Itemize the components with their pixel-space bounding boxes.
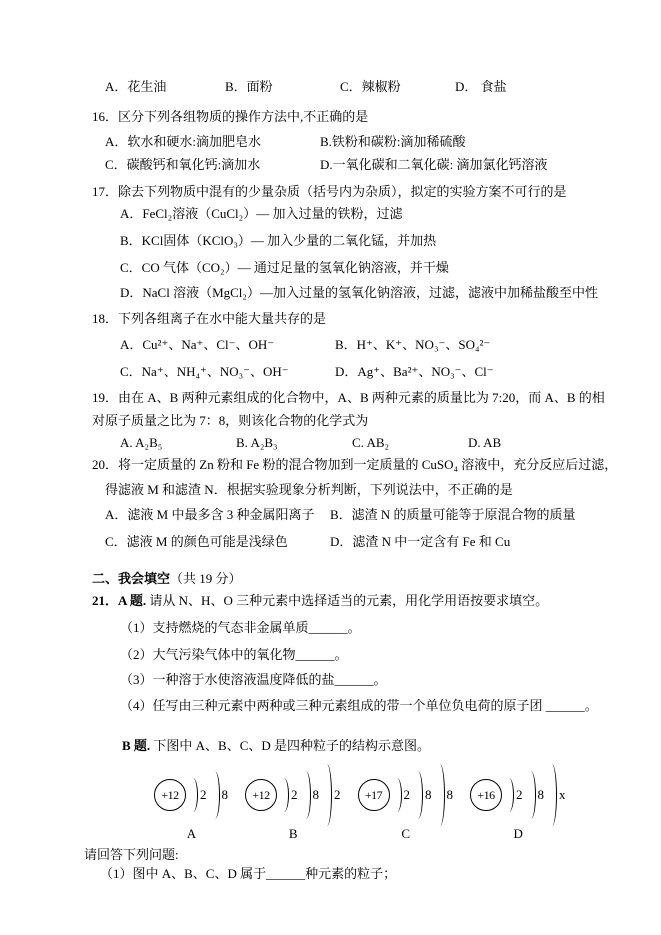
option-a: A．花生油: [105, 78, 225, 95]
question-17-stem: 17．除去下列物质中混有的少量杂质（括号内为杂质），拟定的实验方案不可行的是: [92, 183, 637, 200]
question-21b-sub1: （1）图中 A、B、C、D 属于______种元素的粒子；: [92, 865, 637, 882]
particle-diagram-b: +12 2 8 2 B: [245, 760, 342, 842]
question-16-options-ab: A．软水和硬水:滴加肥皂水 B.铁粉和碳粉:滴加稀硫酸: [92, 133, 637, 150]
option-d: D. AB: [468, 434, 584, 451]
nucleus-charge: +12: [245, 779, 277, 811]
option-d: D． 食盐: [455, 78, 507, 95]
atom-structure: +16 2 8 x: [470, 760, 567, 830]
option-c: C．滤液 M 的颜色可能是浅绿色: [105, 533, 330, 550]
shell-electron-count: 2: [516, 787, 523, 803]
question-15-options-row: A．花生油 B．面粉 C．辣椒粉 D． 食盐: [92, 78, 637, 95]
electron-shell-arc: [322, 764, 332, 826]
option-c: C．辣椒粉: [340, 78, 455, 95]
particle-diagram-d: +16 2 8 x D: [470, 760, 567, 842]
question-21a-blank-3: （3）一种溶于水使溶液温度降低的盐______。: [92, 671, 637, 688]
option-c: C. AB₂: [352, 434, 468, 451]
option-a: A．FeCl₂溶液（CuCl₂）— 加入过量的铁粉，过滤: [92, 205, 637, 222]
nucleus-charge: +17: [358, 779, 390, 811]
electron-shell-arc: [392, 778, 402, 812]
option-b: B．面粉: [225, 78, 340, 95]
question-21a-blank-4: （4）任写由三种元素中两种或三种元素组成的带一个单位负电荷的原子团 ______…: [92, 697, 637, 714]
option-a: A．软水和硬水:滴加肥皂水: [105, 133, 320, 150]
shell-electron-count: 2: [334, 787, 341, 803]
section-2-header: 二、我会填空（共 19 分）: [92, 570, 637, 587]
question-19-stem-line1: 19．由在 A、B 两种元素组成的化合物中，A、B 两种元素的质量比为 7:20…: [92, 389, 637, 406]
option-d: D．滤渣 N 中一定含有 Fe 和 Cu: [330, 533, 510, 550]
option-c: C．Na⁺、NH₄⁺、NO₃⁻、OH⁻: [120, 363, 335, 380]
particle-label: D: [470, 826, 567, 842]
shell-electron-count: x: [559, 787, 566, 803]
question-21a-blank-2: （2）大气污染气体中的氧化物______。: [92, 646, 637, 663]
atom-structure: +17 2 8 8: [358, 760, 455, 830]
option-a: A．Cu²⁺、Na⁺、Cl⁻、OH⁻: [120, 336, 335, 353]
option-d: D．NaCl 溶液（MgCl₂）—加入过量的氢氧化钠溶液，过滤，滤液中加稀盐酸至…: [92, 284, 637, 301]
question-20-options-cd: C．滤液 M 的颜色可能是浅绿色 D．滤渣 N 中一定含有 Fe 和 Cu: [92, 533, 637, 550]
atom-structure: +12 2 8 2: [245, 760, 342, 830]
question-18-options-ab: A．Cu²⁺、Na⁺、Cl⁻、OH⁻ B．H⁺、K⁺、NO₃⁻、SO₄²⁻: [92, 336, 637, 353]
option-a: A. A₂B₅: [120, 434, 236, 451]
question-20-stem-line2: 得滤液 M 和滤渣 N．根据实验现象分析判断，下列说法中，不正确的是: [92, 481, 637, 498]
shell-electron-count: 8: [447, 787, 454, 803]
electron-shell-arc: [279, 778, 289, 812]
question-21b-prompt: 请回答下列问题:: [84, 846, 637, 863]
question-21b-text: 下图中 A、B、C、D 是四种粒子的结构示意图。: [150, 738, 430, 753]
exam-document-page: A．花生油 B．面粉 C．辣椒粉 D． 食盐 16．区分下列各组物质的操作方法中…: [0, 0, 661, 935]
question-19-stem-line2: 对原子质量之比为 7：8，则该化合物的化学式为: [92, 412, 637, 429]
electron-shell-arc: [526, 771, 536, 819]
shell-electron-count: 8: [222, 787, 229, 803]
shell-electron-count: 2: [404, 787, 411, 803]
shell-electron-count: 8: [538, 787, 545, 803]
option-d: D．Ag⁺、Ba²⁺、NO₃⁻、Cl⁻: [335, 363, 494, 380]
option-b: B.铁粉和碳粉:滴加稀硫酸: [320, 133, 466, 150]
question-20-options-ab: A．滤液 M 中最多含 3 种金属阳离子 B．滤渣 N 的质量可能等于原混合物的…: [92, 506, 637, 523]
electron-shell-arc: [547, 764, 557, 826]
option-b: B．滤渣 N 的质量可能等于原混合物的质量: [330, 506, 576, 523]
question-21a-prefix: 21．A 题.: [92, 593, 146, 608]
question-16-stem: 16．区分下列各组物质的操作方法中,不正确的是: [92, 108, 637, 125]
particle-diagram-c: +17 2 8 8 C: [358, 760, 455, 842]
shell-electron-count: 2: [291, 787, 298, 803]
particle-label: B: [245, 826, 342, 842]
option-b: B．H⁺、K⁺、NO₃⁻、SO₄²⁻: [335, 336, 490, 353]
question-18-options-cd: C．Na⁺、NH₄⁺、NO₃⁻、OH⁻ D．Ag⁺、Ba²⁺、NO₃⁻、Cl⁻: [92, 363, 637, 380]
electron-shell-arc: [188, 778, 198, 812]
option-b: B. A₂B₃: [236, 434, 352, 451]
electron-shell-arc: [210, 771, 220, 819]
section-2-title: 二、我会填空: [92, 571, 170, 586]
question-16-options-cd: C．碳酸钙和氧化钙:滴加水 D.一氧化碳和二氧化碳: 滴加氯化钙溶液: [92, 156, 637, 173]
electron-shell-arc: [413, 771, 423, 819]
option-a: A．滤液 M 中最多含 3 种金属阳离子: [105, 506, 330, 523]
particle-diagrams: +12 2 8 A +12 2 8 2 B +17: [154, 760, 637, 842]
option-c: C．CO 气体（CO₂）— 通过足量的氢氧化钠溶液，并干燥: [92, 259, 637, 276]
question-21a-intro: 21．A 题. 请从 N、H、O 三种元素中选择适当的元素，用化学用语按要求填空…: [92, 592, 637, 609]
question-21a-blank-1: （1）支持燃烧的气态非金属单质______。: [92, 619, 637, 636]
particle-label: A: [154, 826, 229, 842]
shell-electron-count: 8: [313, 787, 320, 803]
question-20-stem-line1: 20．将一定质量的 Zn 粉和 Fe 粉的混合物加到一定质量的 CuSO₄ 溶液…: [92, 456, 637, 473]
electron-shell-arc: [504, 778, 514, 812]
nucleus-charge: +12: [154, 779, 186, 811]
electron-shell-arc: [301, 771, 311, 819]
particle-diagram-a: +12 2 8 A: [154, 760, 229, 842]
nucleus-charge: +16: [470, 779, 502, 811]
shell-electron-count: 8: [425, 787, 432, 803]
question-21b-intro: B 题. 下图中 A、B、C、D 是四种粒子的结构示意图。: [92, 737, 637, 754]
question-19-options-row: A. A₂B₅ B. A₂B₃ C. AB₂ D. AB: [92, 434, 637, 451]
atom-structure: +12 2 8: [154, 760, 229, 830]
option-c: C．碳酸钙和氧化钙:滴加水: [105, 156, 320, 173]
shell-electron-count: 2: [200, 787, 207, 803]
option-d: D.一氧化碳和二氧化碳: 滴加氯化钙溶液: [320, 156, 548, 173]
question-18-stem: 18．下列各组离子在水中能大量共存的是: [92, 310, 637, 327]
question-21a-text: 请从 N、H、O 三种元素中选择适当的元素，用化学用语按要求填空。: [146, 593, 548, 608]
option-b: B．KCl固体（KClO₃）— 加入少量的二氧化锰，并加热: [92, 232, 637, 249]
particle-label: C: [358, 826, 455, 842]
section-2-points: （共 19 分）: [170, 571, 242, 586]
electron-shell-arc: [435, 764, 445, 826]
question-21b-prefix: B 题.: [122, 738, 150, 753]
